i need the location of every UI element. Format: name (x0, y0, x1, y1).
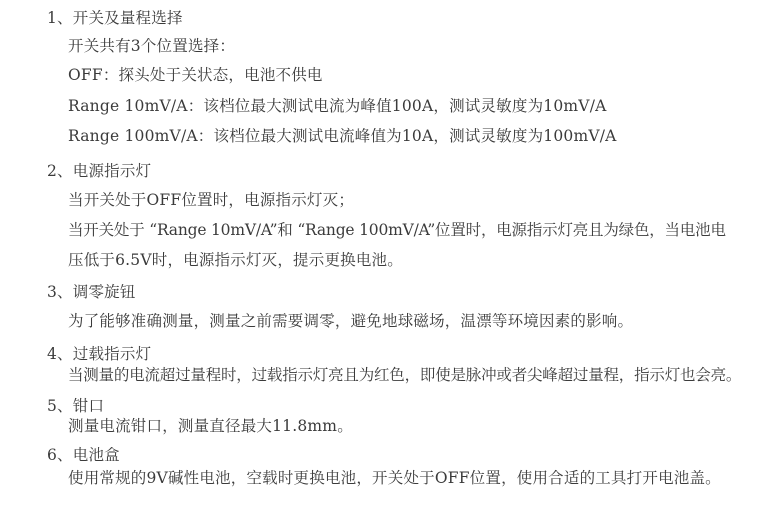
section-5-line: 测量电流钳口，测量直径最大11.8mm。 (68, 418, 353, 435)
section-4-heading: 4、过载指示灯 (47, 346, 151, 363)
section-6-heading: 6、电池盒 (47, 447, 120, 464)
section-1-line: Range 100mV/A：该档位最大测试电流峰值为10A，测试灵敏度为100m… (68, 128, 617, 145)
section-1-line: 开关共有3个位置选择： (68, 38, 235, 55)
section-6-line: 使用常规的9V碱性电池，空载时更换电池，开关处于OFF位置，使用合适的工具打开电… (68, 470, 721, 487)
section-2-line: 压低于6.5V时，电源指示灯灭，提示更换电池。 (68, 252, 403, 269)
section-5-heading: 5、钳口 (47, 398, 104, 415)
section-2-heading: 2、电源指示灯 (47, 163, 151, 180)
manual-document-page: 1、开关及量程选择 开关共有3个位置选择： OFF：探头处于关状态，电池不供电 … (0, 0, 760, 505)
section-3-line: 为了能够准确测量，测量之前需要调零，避免地球磁场，温漂等环境因素的影响。 (68, 313, 633, 330)
section-1-line: Range 10mV/A：该档位最大测试电流为峰值100A，测试灵敏度为10mV… (68, 98, 607, 115)
section-2-line: 当开关处于 “Range 10mV/A”和 “Range 100mV/A”位置时… (68, 222, 726, 239)
section-2-line: 当开关处于OFF位置时，电源指示灯灭； (68, 192, 354, 209)
section-4-line: 当测量的电流超过量程时，过载指示灯亮且为红色，即使是脉冲或者尖峰超过量程，指示灯… (68, 367, 741, 384)
section-1-line: OFF：探头处于关状态，电池不供电 (68, 67, 323, 84)
section-1-heading: 1、开关及量程选择 (47, 10, 183, 27)
section-3-heading: 3、调零旋钮 (47, 284, 136, 301)
